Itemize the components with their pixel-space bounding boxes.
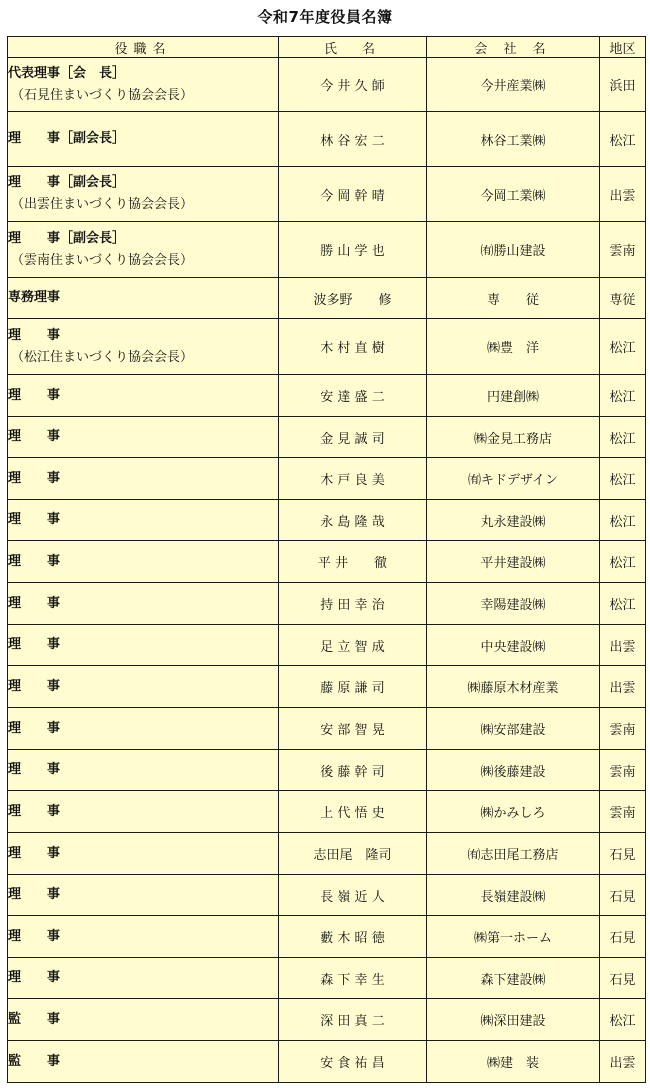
region-cell: 雲南 [600,708,646,750]
position-title: 理 事 [8,970,60,985]
table-row: 理 事森 下 幸 生森下建設㈱石見 [8,958,646,999]
company-cell: ㈱藤原木材産業 [427,666,600,708]
name-cell: 藪 木 昭 徳 [279,916,427,958]
region-cell: 松江 [600,458,646,500]
company-cell: ㈱金見工務店 [427,417,600,458]
region-cell: 石見 [600,958,646,999]
position-title: 理 事 [8,804,60,819]
company-cell: 平井建設㈱ [427,541,600,583]
position-title: 理 事 [8,679,60,694]
region-cell: 出雲 [600,1041,646,1083]
company-cell: 森下建設㈱ [427,958,600,999]
table-row: 理 事木 戸 良 美㈲キドデザイン松江 [8,458,646,500]
position-title: 代表理事［会 長］ [8,66,125,81]
name-cell: 上 代 悟 史 [279,791,427,833]
position-title: 理 事 [8,328,60,343]
company-cell: 丸永建設㈱ [427,500,600,541]
table-row: 代表理事［会 長］（石見住まいづくり協会会長）今 井 久 師今井産業㈱浜田 [8,58,646,112]
table-row: 理 事長 嶺 近 人長嶺建設㈱石見 [8,875,646,916]
table-row: 理 事金 見 誠 司㈱金見工務店松江 [8,417,646,458]
position-cell: 理 事 [8,458,279,500]
column-header-region: 地区 [600,37,646,58]
name-cell: 平 井 徹 [279,541,427,583]
position-title: 理 事 [8,596,60,611]
table-row: 理 事［副会長］（出雲住まいづくり協会会長）今 岡 幹 晴今岡工業㈱出雲 [8,167,646,222]
region-cell: 松江 [600,319,646,375]
table-row: 理 事［副会長］（雲南住まいづくり協会会長）勝 山 学 也㈲勝山建設雲南 [8,222,646,278]
company-cell: 林谷工業㈱ [427,112,600,167]
name-cell: 今 井 久 師 [279,58,427,112]
column-header-company: 会 社 名 [427,37,600,58]
position-title: 理 事 [8,512,60,527]
position-cell: 理 事 [8,708,279,750]
position-affiliation: （松江住まいづくり協会会長） [8,347,278,369]
officer-roster-table: 役職名 氏 名 会 社 名 地区 代表理事［会 長］（石見住まいづくり協会会長）… [7,36,646,1083]
position-cell: 監 事 [8,1041,279,1083]
position-cell: 理 事 [8,916,279,958]
position-title: 理 事［副会長］ [8,175,125,190]
name-cell: 林 谷 宏 二 [279,112,427,167]
position-cell: 理 事［副会長］（出雲住まいづくり協会会長） [8,167,279,222]
position-cell: 代表理事［会 長］（石見住まいづくり協会会長） [8,58,279,112]
position-cell: 理 事 [8,791,279,833]
position-cell: 理 事 [8,958,279,999]
company-cell: ㈱安部建設 [427,708,600,750]
position-cell: 理 事 [8,625,279,666]
company-cell: 円建創㈱ [427,375,600,417]
position-cell: 理 事 [8,666,279,708]
table-row: 理 事［副会長］林 谷 宏 二林谷工業㈱松江 [8,112,646,167]
company-cell: 中央建設㈱ [427,625,600,666]
position-title: 理 事 [8,554,60,569]
company-cell: ㈱深田建設 [427,999,600,1041]
position-cell: 理 事 [8,375,279,417]
position-title: 理 事 [8,929,60,944]
company-cell: ㈱後藤建設 [427,750,600,791]
company-cell: 今岡工業㈱ [427,167,600,222]
company-cell: ㈱第一ホーム [427,916,600,958]
region-cell: 松江 [600,583,646,625]
region-cell: 専従 [600,278,646,319]
table-row: 理 事安 部 智 晃㈱安部建設雲南 [8,708,646,750]
table-row: 理 事持 田 幸 治幸陽建設㈱松江 [8,583,646,625]
region-cell: 出雲 [600,666,646,708]
company-cell: 長嶺建設㈱ [427,875,600,916]
table-header-row: 役職名 氏 名 会 社 名 地区 [8,37,646,58]
table-row: 監 事安 食 祐 昌㈱建 装出雲 [8,1041,646,1083]
position-title: 理 事 [8,637,60,652]
table-row: 理 事上 代 悟 史㈱かみしろ雲南 [8,791,646,833]
name-cell: 持 田 幸 治 [279,583,427,625]
name-cell: 木 村 直 樹 [279,319,427,375]
position-title: 理 事 [8,388,60,403]
name-cell: 深 田 真 二 [279,999,427,1041]
position-cell: 理 事 [8,541,279,583]
region-cell: 雲南 [600,222,646,278]
region-cell: 石見 [600,833,646,875]
name-cell: 志田尾 隆司 [279,833,427,875]
name-cell: 今 岡 幹 晴 [279,167,427,222]
table-row: 理 事志田尾 隆司㈲志田尾工務店石見 [8,833,646,875]
name-cell: 勝 山 学 也 [279,222,427,278]
table-row: 理 事（松江住まいづくり協会会長）木 村 直 樹㈱豊 洋松江 [8,319,646,375]
table-row: 理 事平 井 徹平井建設㈱松江 [8,541,646,583]
company-cell: ㈲勝山建設 [427,222,600,278]
page-title: 令和7年度役員名簿 [0,6,650,27]
name-cell: 藤 原 謙 司 [279,666,427,708]
position-cell: 理 事 [8,875,279,916]
company-cell: ㈱豊 洋 [427,319,600,375]
position-title: 監 事 [8,1054,60,1069]
name-cell: 安 部 智 晃 [279,708,427,750]
position-title: 理 事 [8,721,60,736]
table-row: 理 事安 達 盛 二円建創㈱松江 [8,375,646,417]
name-cell: 後 藤 幹 司 [279,750,427,791]
region-cell: 松江 [600,541,646,583]
name-cell: 永 島 隆 哉 [279,500,427,541]
position-cell: 理 事 [8,417,279,458]
company-cell: 幸陽建設㈱ [427,583,600,625]
table-row: 専務理事波多野 修専 従専従 [8,278,646,319]
position-cell: 専務理事 [8,278,279,319]
position-title: 理 事［副会長］ [8,131,125,146]
position-cell: 理 事 [8,833,279,875]
position-title: 理 事 [8,887,60,902]
region-cell: 松江 [600,999,646,1041]
position-affiliation: （雲南住まいづくり協会会長） [8,250,278,272]
position-cell: 理 事［副会長］（雲南住まいづくり協会会長） [8,222,279,278]
table-row: 理 事永 島 隆 哉丸永建設㈱松江 [8,500,646,541]
position-cell: 監 事 [8,999,279,1041]
name-cell: 森 下 幸 生 [279,958,427,999]
region-cell: 松江 [600,500,646,541]
region-cell: 松江 [600,417,646,458]
table-row: 理 事後 藤 幹 司㈱後藤建設雲南 [8,750,646,791]
name-cell: 安 食 祐 昌 [279,1041,427,1083]
position-cell: 理 事 [8,583,279,625]
table-body: 代表理事［会 長］（石見住まいづくり協会会長）今 井 久 師今井産業㈱浜田理 事… [8,58,646,1083]
position-title: 理 事［副会長］ [8,231,125,246]
position-title: 理 事 [8,762,60,777]
name-cell: 安 達 盛 二 [279,375,427,417]
name-cell: 足 立 智 成 [279,625,427,666]
company-cell: 今井産業㈱ [427,58,600,112]
company-cell: ㈱かみしろ [427,791,600,833]
region-cell: 浜田 [600,58,646,112]
column-header-position: 役職名 [8,37,279,58]
region-cell: 出雲 [600,167,646,222]
region-cell: 雲南 [600,791,646,833]
region-cell: 出雲 [600,625,646,666]
company-cell: 専 従 [427,278,600,319]
position-title: 理 事 [8,846,60,861]
name-cell: 木 戸 良 美 [279,458,427,500]
region-cell: 松江 [600,375,646,417]
name-cell: 波多野 修 [279,278,427,319]
table-row: 理 事足 立 智 成中央建設㈱出雲 [8,625,646,666]
position-affiliation: （出雲住まいづくり協会会長） [8,194,278,216]
position-cell: 理 事（松江住まいづくり協会会長） [8,319,279,375]
position-title: 理 事 [8,471,60,486]
region-cell: 雲南 [600,750,646,791]
region-cell: 松江 [600,112,646,167]
name-cell: 長 嶺 近 人 [279,875,427,916]
region-cell: 石見 [600,916,646,958]
column-header-name: 氏 名 [279,37,427,58]
position-title: 監 事 [8,1012,60,1027]
table-row: 理 事藪 木 昭 徳㈱第一ホーム石見 [8,916,646,958]
position-cell: 理 事［副会長］ [8,112,279,167]
position-affiliation: （石見住まいづくり協会会長） [8,85,278,107]
position-title: 専務理事 [8,290,60,305]
name-cell: 金 見 誠 司 [279,417,427,458]
table-row: 監 事深 田 真 二㈱深田建設松江 [8,999,646,1041]
table-row: 理 事藤 原 謙 司㈱藤原木材産業出雲 [8,666,646,708]
position-title: 理 事 [8,429,60,444]
company-cell: ㈲キドデザイン [427,458,600,500]
position-cell: 理 事 [8,500,279,541]
region-cell: 石見 [600,875,646,916]
company-cell: ㈲志田尾工務店 [427,833,600,875]
company-cell: ㈱建 装 [427,1041,600,1083]
position-cell: 理 事 [8,750,279,791]
